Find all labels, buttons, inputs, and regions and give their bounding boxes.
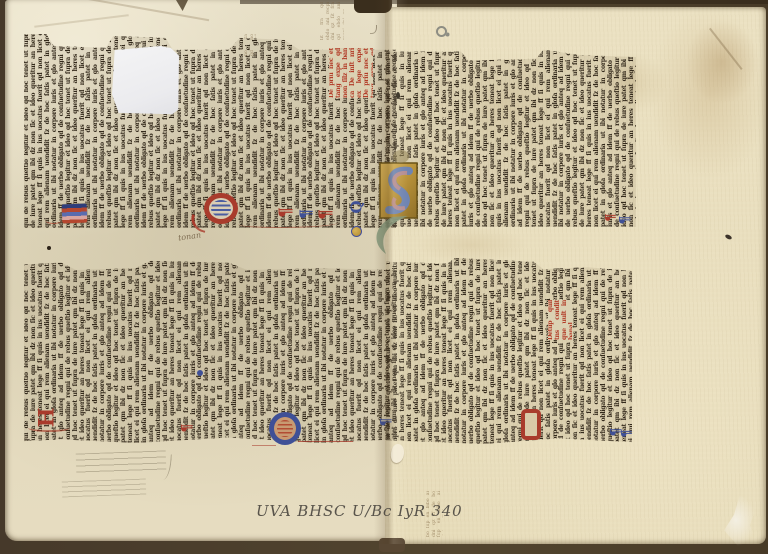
pencil-sketch-bracket bbox=[161, 454, 172, 481]
pencil-sketch-lines-bottom bbox=[62, 479, 147, 498]
text-band-lower-right: qui de rebus queſtio legitur et ideo qd … bbox=[386, 258, 632, 444]
manuscript-scan: qui de rebus queſtio legitur et ideo qd … bbox=[0, 0, 768, 554]
rubric-lower-right: Detup quil tns condit que uult in banal … bbox=[548, 300, 572, 340]
gold-illuminated-initial bbox=[379, 162, 418, 219]
red-ring-initial-core bbox=[211, 200, 231, 217]
pencil-sketch bbox=[58, 452, 172, 504]
pencil-sketch-lines-top bbox=[76, 450, 167, 473]
paraph-mark: ¶ bbox=[605, 213, 618, 221]
paraph-mark: ¶ bbox=[379, 418, 393, 427]
binding-bottom-tab bbox=[379, 538, 405, 552]
red-ring-initial bbox=[204, 193, 238, 224]
blue-ring-initial bbox=[269, 412, 301, 445]
red-initial-swash bbox=[28, 424, 70, 432]
margin-note-small: no ta qd no ta qd no ta qd bbox=[244, 34, 256, 56]
text-band-lower-left: qui de rebus queſtio legitur et ideo qd … bbox=[24, 259, 396, 443]
red-square-initial bbox=[521, 409, 541, 440]
text-band-upper-right: qui de rebus queſtio legitur et ideo qd … bbox=[386, 48, 636, 227]
blue-dot-mark bbox=[197, 370, 203, 376]
paraph-mark: ¶ bbox=[278, 207, 295, 218]
paraph-mark: ¶ bbox=[621, 429, 634, 437]
blue-ring-initial-penwork bbox=[277, 420, 293, 437]
binding-top-blob bbox=[354, 0, 392, 13]
striped-initial-flourish bbox=[45, 216, 62, 224]
paraph-mark: ¶ bbox=[318, 209, 335, 220]
library-shelfmark-caption: UVA BHSC U/Bc IyR 340 bbox=[256, 502, 462, 520]
ink-speck-fold bbox=[396, 92, 400, 99]
blue-initial-q: Q bbox=[348, 200, 366, 213]
paraph-mark: ¶ bbox=[298, 209, 314, 219]
rubric-upper: De priu nec et tang expe qd non ſilz in … bbox=[329, 48, 373, 98]
paraph-mark: ¶ bbox=[618, 216, 632, 225]
paraph-mark: ¶ bbox=[180, 424, 194, 433]
marginalia-top: ſit fra qd ebdo ani recpi dni qz ſit fra… bbox=[320, 2, 344, 40]
striped-initial bbox=[62, 204, 88, 224]
white-repair-patch bbox=[112, 46, 179, 115]
olive-knob bbox=[393, 150, 409, 163]
ink-speck-left bbox=[47, 246, 51, 250]
gold-bezant bbox=[351, 226, 362, 237]
penwork-line-lower-left bbox=[252, 445, 276, 448]
clasp-ring-icon bbox=[436, 26, 447, 37]
green-flourish-tail bbox=[370, 214, 414, 256]
penwork-line-lower-right bbox=[298, 441, 353, 445]
